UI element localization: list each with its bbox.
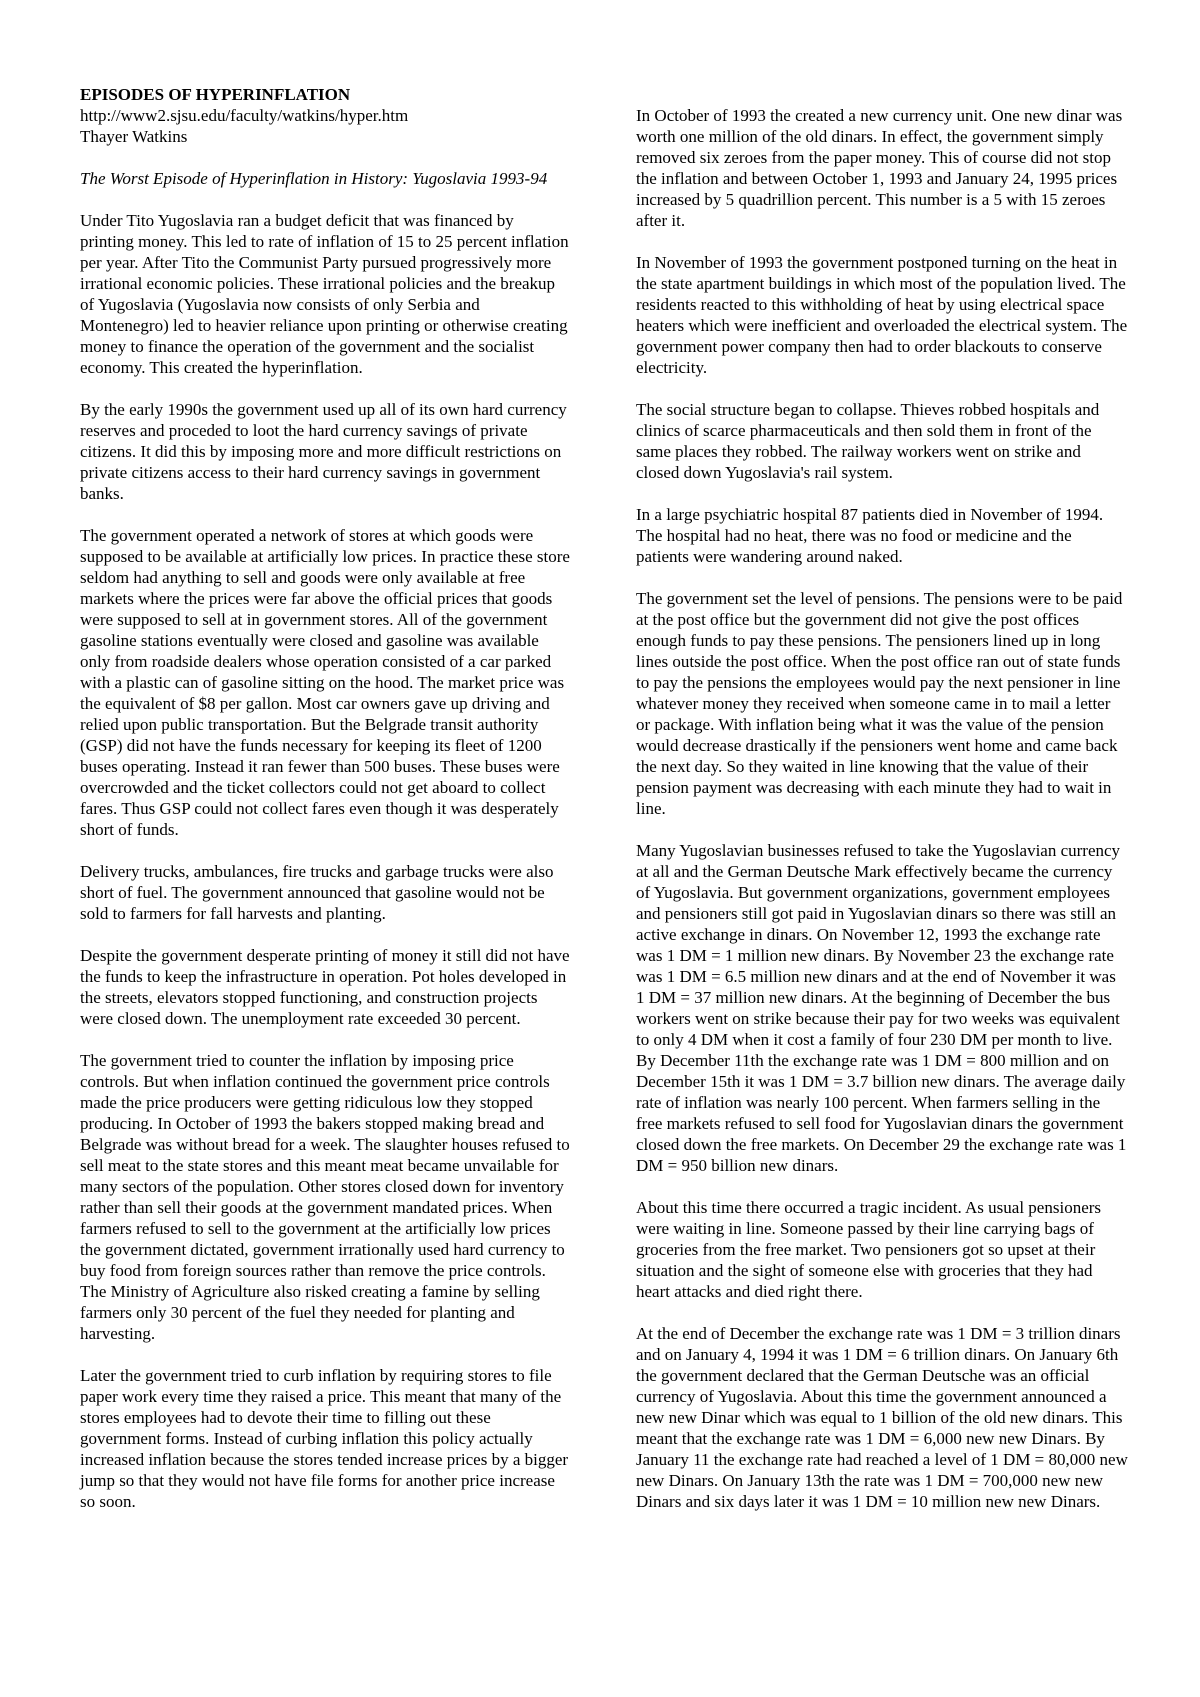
paragraph-stores-gasoline: The government operated a network of sto… bbox=[80, 525, 570, 840]
right-column: In October of 1993 the created a new cur… bbox=[636, 105, 1128, 1512]
paragraph-deutsche-mark: Many Yugoslavian businesses refused to t… bbox=[636, 840, 1128, 1176]
paragraph-exchange-rates-january: At the end of December the exchange rate… bbox=[636, 1323, 1128, 1512]
article-subtitle: The Worst Episode of Hyperinflation in H… bbox=[80, 168, 550, 189]
paragraph-paperwork: Later the government tried to curb infla… bbox=[80, 1365, 570, 1512]
paragraph-price-controls: The government tried to counter the infl… bbox=[80, 1050, 570, 1344]
document-page: EPISODES OF HYPERINFLATION http://www2.s… bbox=[0, 0, 1200, 1697]
document-title: EPISODES OF HYPERINFLATION bbox=[80, 84, 570, 105]
paragraph-heat-postponed: In November of 1993 the government postp… bbox=[636, 252, 1128, 378]
left-column: EPISODES OF HYPERINFLATION http://www2.s… bbox=[80, 84, 570, 1512]
paragraph-social-collapse: The social structure began to collapse. … bbox=[636, 399, 1128, 483]
paragraph-psychiatric-hospital: In a large psychiatric hospital 87 patie… bbox=[636, 504, 1128, 567]
document-url: http://www2.sjsu.edu/faculty/watkins/hyp… bbox=[80, 105, 570, 126]
paragraph-tito-deficit: Under Tito Yugoslavia ran a budget defic… bbox=[80, 210, 570, 378]
document-author: Thayer Watkins bbox=[80, 126, 570, 147]
paragraph-infrastructure: Despite the government desperate printin… bbox=[80, 945, 570, 1029]
paragraph-delivery-trucks: Delivery trucks, ambulances, fire trucks… bbox=[80, 861, 570, 924]
paragraph-hard-currency: By the early 1990s the government used u… bbox=[80, 399, 570, 504]
paragraph-tragic-incident: About this time there occurred a tragic … bbox=[636, 1197, 1128, 1302]
paragraph-new-currency: In October of 1993 the created a new cur… bbox=[636, 105, 1128, 231]
paragraph-pensions: The government set the level of pensions… bbox=[636, 588, 1128, 819]
